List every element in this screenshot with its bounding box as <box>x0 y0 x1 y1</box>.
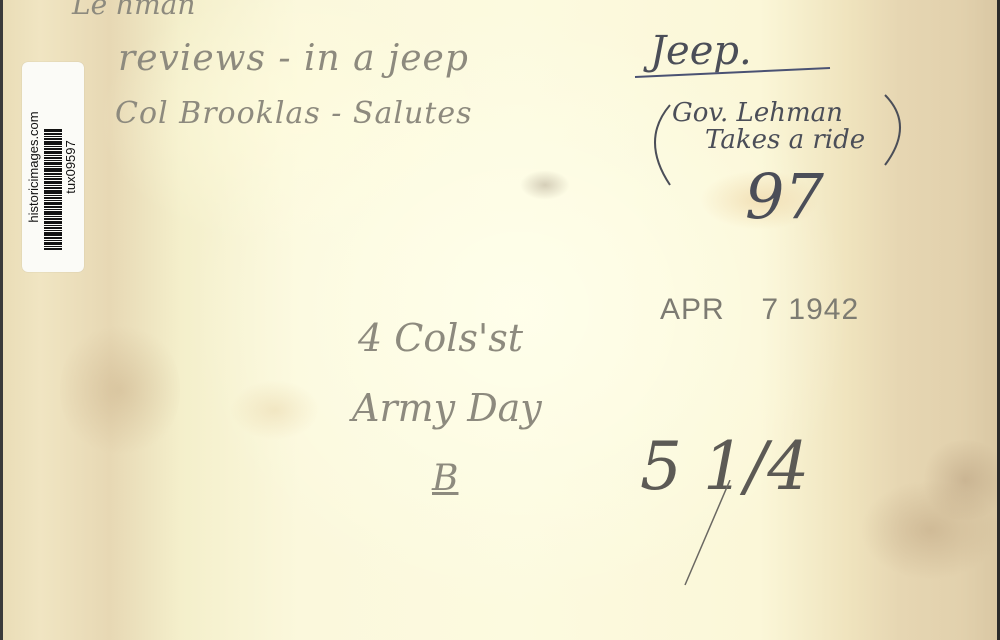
stain <box>520 170 570 200</box>
note-caption-gov: Gov. Lehman <box>672 98 843 128</box>
date-stamp: APR 7 1942 <box>660 293 859 327</box>
date-stamp-day-year: 7 1942 <box>761 293 859 326</box>
stain <box>860 480 1000 580</box>
stain <box>920 440 1000 520</box>
note-line-col: Col Brooklas - Salutes <box>115 96 472 131</box>
note-number: 97 <box>745 160 824 233</box>
photo-back-surface: historicimages.com tux09597 Le hman revi… <box>0 0 1000 640</box>
note-center-3: B <box>432 458 458 499</box>
note-center-2: Army Day <box>352 386 542 430</box>
label-id-text: tux09597 <box>63 72 78 262</box>
barcode-label: historicimages.com tux09597 <box>22 62 84 272</box>
note-center-1: 4 Cols'st <box>358 316 523 360</box>
stain <box>230 380 320 440</box>
label-site-text: historicimages.com <box>26 72 41 262</box>
scan-edge-left <box>0 0 3 640</box>
barcode-icon <box>44 84 62 250</box>
stain <box>60 320 180 460</box>
date-stamp-month: APR <box>660 293 725 326</box>
note-top-line: Le hman <box>72 0 195 21</box>
note-caption-ride: Takes a ride <box>705 125 865 155</box>
note-line-reviews: reviews - in a jeep <box>118 38 469 79</box>
fraction-stroke-icon <box>680 480 740 590</box>
